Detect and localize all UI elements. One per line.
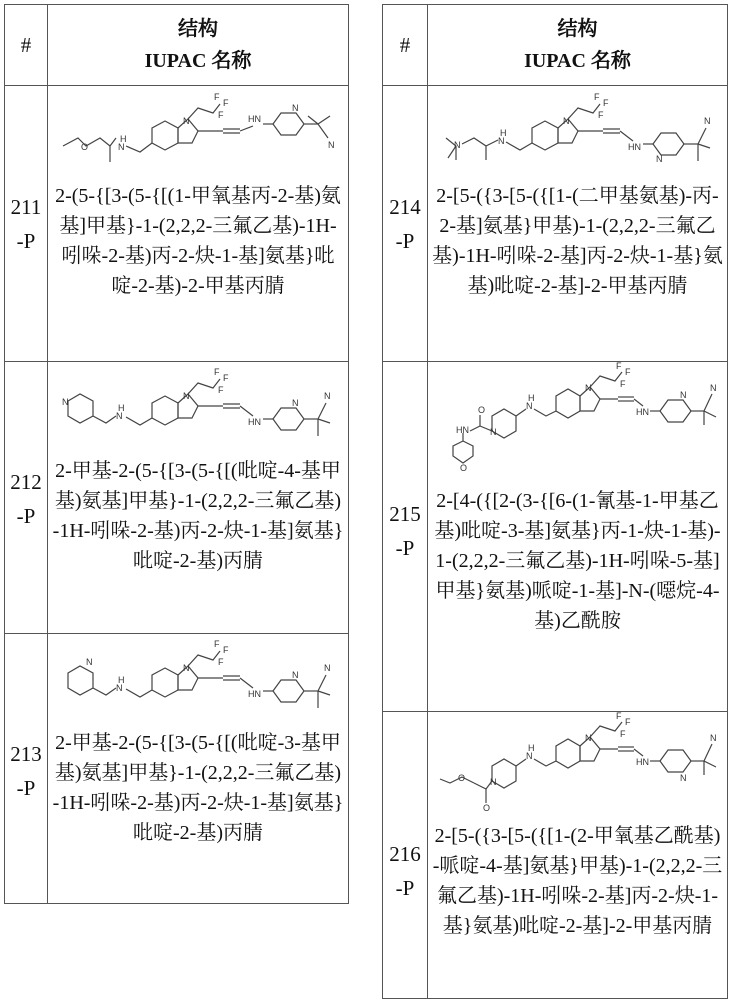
compound-cell: O HN O N H N N F F F xyxy=(428,361,727,711)
svg-text:O: O xyxy=(478,405,485,415)
svg-text:N: N xyxy=(563,116,570,126)
iupac-name: 2-[5-({3-[5-({[1-(2-甲氧基乙酰基)-哌啶-4-基]氨基}甲基… xyxy=(428,821,727,941)
svg-text:N: N xyxy=(183,391,190,401)
svg-text:F: F xyxy=(214,639,220,649)
svg-text:N: N xyxy=(710,733,717,743)
svg-text:N: N xyxy=(183,663,190,673)
structure-name-header: 结构 IUPAC 名称 xyxy=(48,13,348,77)
compound-table-left: # 结构 IUPAC 名称 211 -P O H N N F F xyxy=(4,4,349,904)
compound-id-suffix: -P xyxy=(5,771,47,805)
svg-text:N: N xyxy=(526,751,533,761)
compound-id-suffix: -P xyxy=(383,224,427,258)
svg-text:N: N xyxy=(118,142,125,152)
chemical-structure-214-icon: N H N N F F F HN N xyxy=(428,86,728,181)
svg-text:N: N xyxy=(490,427,497,437)
number-header: # xyxy=(383,33,427,58)
table-row: 211 -P O H N N F F F HN xyxy=(5,86,348,362)
structure-name-header: 结构 IUPAC 名称 xyxy=(428,13,727,77)
chemical-structure-215-icon: O HN O N H N N F F F xyxy=(428,361,728,486)
svg-text:F: F xyxy=(218,385,224,395)
iupac-name: 2-(5-{[3-(5-{[(1-甲氧基丙-2-基)氨基]甲基}-1-(2,2,… xyxy=(48,181,348,301)
compound-id: 214 -P xyxy=(383,190,427,258)
svg-text:F: F xyxy=(218,657,224,667)
table-row: 213 -P N H N N F F F HN xyxy=(5,633,348,903)
svg-text:HN: HN xyxy=(248,417,261,427)
compound-id: 215 -P xyxy=(383,497,427,565)
compound-id-number: 212 xyxy=(5,465,47,499)
compound-id: 216 -P xyxy=(383,837,427,905)
svg-text:F: F xyxy=(594,92,600,102)
svg-text:F: F xyxy=(620,379,626,389)
svg-text:F: F xyxy=(218,110,224,120)
compound-table-right: # 结构 IUPAC 名称 214 -P N H N N xyxy=(382,4,728,999)
table-row: 215 -P O HN O N H N N xyxy=(383,361,727,712)
svg-text:N: N xyxy=(62,397,69,407)
compound-id-number: 213 xyxy=(5,737,47,771)
svg-text:N: N xyxy=(585,383,592,393)
svg-text:O: O xyxy=(483,803,490,813)
compound-id-suffix: -P xyxy=(5,224,47,258)
svg-text:F: F xyxy=(616,711,622,721)
svg-text:F: F xyxy=(223,98,229,108)
svg-text:F: F xyxy=(616,361,622,371)
svg-text:N: N xyxy=(328,140,335,150)
chemical-structure-216-icon: O O N H N N F F F xyxy=(428,711,728,821)
compound-id-suffix: -P xyxy=(5,499,47,533)
svg-text:N: N xyxy=(585,733,592,743)
header-iupac-label: IUPAC 名称 xyxy=(428,45,727,77)
svg-text:N: N xyxy=(86,657,93,667)
svg-text:N: N xyxy=(704,116,711,126)
header-structure-label: 结构 xyxy=(428,13,727,45)
compound-id: 211 -P xyxy=(5,190,47,258)
iupac-name: 2-[4-({[2-(3-{[6-(1-氰基-1-甲基乙基)吡啶-3-基]氨基}… xyxy=(428,486,727,636)
svg-text:HN: HN xyxy=(248,114,261,124)
svg-text:F: F xyxy=(620,729,626,739)
svg-text:N: N xyxy=(656,154,663,164)
svg-text:N: N xyxy=(710,383,717,393)
compound-id: 213 -P xyxy=(5,737,47,805)
compound-cell: O O N H N N F F F xyxy=(428,711,727,999)
svg-text:N: N xyxy=(292,398,299,408)
header-structure-label: 结构 xyxy=(48,13,348,45)
svg-text:O: O xyxy=(460,463,467,473)
compound-id-suffix: -P xyxy=(383,871,427,905)
svg-text:HN: HN xyxy=(456,425,469,435)
svg-text:N: N xyxy=(526,401,533,411)
compound-id-number: 215 xyxy=(383,497,427,531)
svg-text:HN: HN xyxy=(248,689,261,699)
compound-id: 212 -P xyxy=(5,465,47,533)
svg-text:N: N xyxy=(116,683,123,693)
table-header: # 结构 IUPAC 名称 xyxy=(383,5,727,86)
iupac-name: 2-甲基-2-(5-{[3-(5-{[(吡啶-4-基甲基)氨基]甲基}-1-(2… xyxy=(48,456,348,576)
svg-text:N: N xyxy=(680,773,687,783)
compound-id-number: 216 xyxy=(383,837,427,871)
svg-text:F: F xyxy=(603,98,609,108)
svg-text:N: N xyxy=(680,390,687,400)
svg-text:N: N xyxy=(292,103,299,113)
svg-text:N: N xyxy=(454,140,461,150)
svg-text:N: N xyxy=(490,777,497,787)
svg-text:HN: HN xyxy=(636,757,649,767)
svg-text:F: F xyxy=(223,645,229,655)
svg-text:N: N xyxy=(292,670,299,680)
svg-text:F: F xyxy=(625,717,631,727)
compound-cell: N H N N F F F HN N xyxy=(48,633,348,903)
chemical-structure-212-icon: N H N N F F F HN N xyxy=(48,361,348,456)
chemical-structure-213-icon: N H N N F F F HN N xyxy=(48,633,348,728)
table-header: # 结构 IUPAC 名称 xyxy=(5,5,348,86)
svg-text:O: O xyxy=(458,773,465,783)
svg-text:N: N xyxy=(498,136,505,146)
svg-text:N: N xyxy=(183,116,190,126)
iupac-name: 2-[5-({3-[5-({[1-(二甲基氨基)-丙-2-基]氨基}甲基)-1-… xyxy=(428,181,727,301)
svg-text:F: F xyxy=(223,373,229,383)
svg-text:O: O xyxy=(81,142,88,152)
svg-text:N: N xyxy=(324,391,331,401)
svg-text:F: F xyxy=(214,92,220,102)
svg-text:F: F xyxy=(214,367,220,377)
chemical-structure-211-icon: O H N N F F F HN N xyxy=(48,86,348,181)
compound-cell: O H N N F F F HN N xyxy=(48,86,348,361)
table-row: 216 -P O O N H N N F F xyxy=(383,711,727,999)
iupac-name: 2-甲基-2-(5-{[3-(5-{[(吡啶-3-基甲基)氨基]甲基}-1-(2… xyxy=(48,728,348,848)
table-row: 214 -P N H N N F F F xyxy=(383,86,727,362)
compound-id-number: 214 xyxy=(383,190,427,224)
compound-cell: N H N N F F F HN N xyxy=(48,361,348,633)
compound-id-number: 211 xyxy=(5,190,47,224)
compound-cell: N H N N F F F HN N xyxy=(428,86,727,361)
number-header: # xyxy=(5,33,47,58)
table-row: 212 -P N H N N F F F HN xyxy=(5,361,348,634)
svg-text:F: F xyxy=(625,367,631,377)
svg-text:HN: HN xyxy=(628,142,641,152)
svg-text:N: N xyxy=(116,411,123,421)
svg-text:N: N xyxy=(324,663,331,673)
svg-text:HN: HN xyxy=(636,407,649,417)
compound-id-suffix: -P xyxy=(383,531,427,565)
header-iupac-label: IUPAC 名称 xyxy=(48,45,348,77)
svg-text:F: F xyxy=(598,110,604,120)
